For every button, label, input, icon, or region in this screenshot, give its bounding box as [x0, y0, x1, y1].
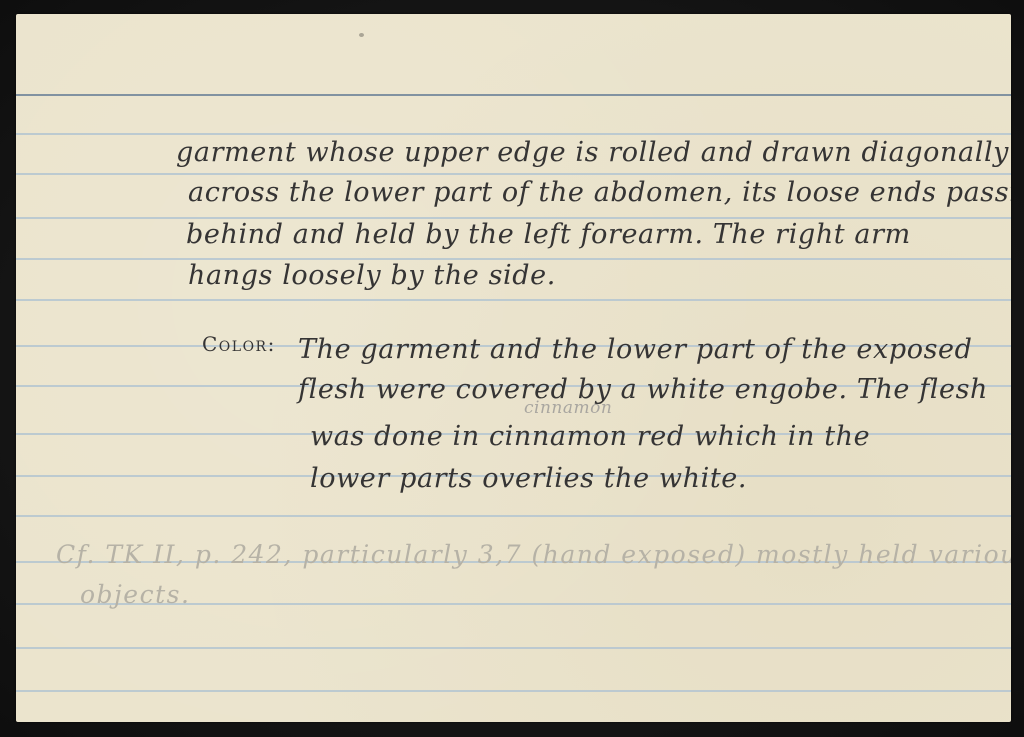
scan-background: garment whose upper edge is rolled and d… [0, 0, 1024, 737]
handwritten-line: hangs loosely by the side. [188, 262, 556, 289]
pencil-correction: cinnamon [524, 400, 612, 417]
pencil-line: objects. [80, 582, 190, 607]
ruled-line [16, 133, 1011, 135]
handwritten-line: lower parts overlies the white. [310, 465, 747, 492]
header-rule [16, 94, 1011, 96]
index-card: garment whose upper edge is rolled and d… [16, 14, 1011, 722]
handwritten-line: behind and held by the left forearm. The… [186, 221, 911, 248]
ruled-line [16, 647, 1011, 649]
ruled-line [16, 515, 1011, 517]
ruled-line [16, 299, 1011, 301]
paper-speck [359, 33, 364, 37]
handwritten-line: across the lower part of the abdomen, it… [188, 179, 1011, 206]
handwritten-line: The garment and the lower part of the ex… [298, 336, 973, 363]
ruled-line [16, 690, 1011, 692]
ruled-line [16, 173, 1011, 175]
handwritten-line: flesh were covered by a white engobe. Th… [298, 376, 988, 403]
handwritten-line: was done in cinnamon red which in the [310, 423, 870, 450]
handwritten-line: garment whose upper edge is rolled and d… [176, 139, 1009, 166]
pencil-line: Cf. TK II, p. 242, particularly 3,7 (han… [56, 542, 1011, 567]
color-label: Color: [202, 332, 276, 356]
